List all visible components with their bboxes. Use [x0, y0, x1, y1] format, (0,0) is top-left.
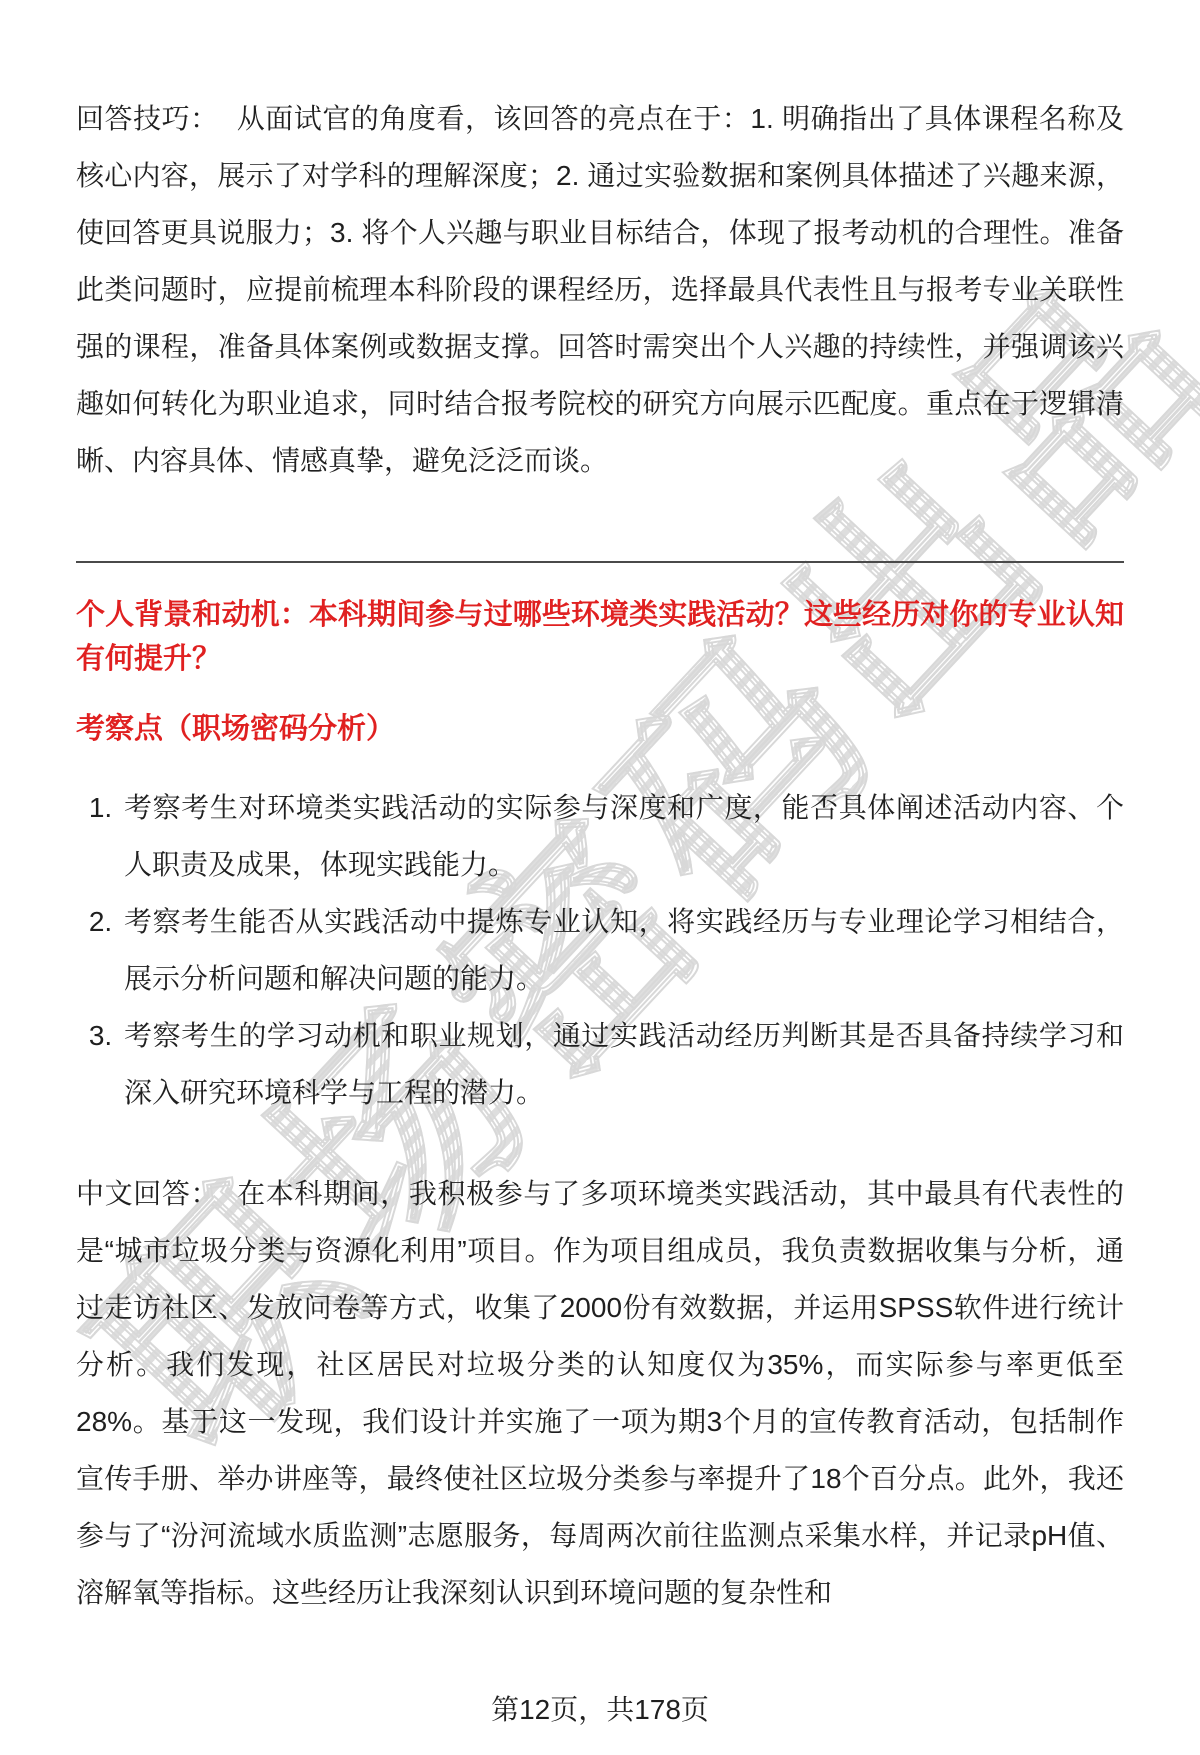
- exam-points-list: 考察考生对环境类实践活动的实际参与深度和广度，能否具体阐述活动内容、个人职责及成…: [76, 779, 1124, 1121]
- chinese-answer-paragraph: 中文回答：在本科期间，我积极参与了多项环境类实践活动，其中最具有代表性的是“城市…: [76, 1165, 1124, 1621]
- exam-points-heading: 考察点（职场密码分析）: [76, 709, 1124, 749]
- answer-tips-paragraph: 回答技巧：从面试官的角度看，该回答的亮点在于：1. 明确指出了具体课程名称及核心…: [76, 90, 1124, 489]
- chinese-answer-label: 中文回答：: [76, 1178, 219, 1209]
- answer-tips-label: 回答技巧：: [76, 103, 219, 134]
- question-heading: 个人背景和动机：本科期间参与过哪些环境类实践活动？这些经历对你的专业认知有何提升…: [76, 593, 1124, 681]
- page-content: 回答技巧：从面试官的角度看，该回答的亮点在于：1. 明确指出了具体课程名称及核心…: [0, 0, 1200, 1621]
- list-item: 考察考生对环境类实践活动的实际参与深度和广度，能否具体阐述活动内容、个人职责及成…: [120, 779, 1124, 893]
- section-divider: [76, 561, 1124, 563]
- page-number-footer: 第12页，共178页: [0, 1688, 1200, 1728]
- list-item: 考察考生的学习动机和职业规划，通过实践活动经历判断其是否具备持续学习和深入研究环…: [120, 1007, 1124, 1121]
- exam-point-3-text: 考察考生的学习动机和职业规划，通过实践活动经历判断其是否具备持续学习和深入研究环…: [124, 1020, 1124, 1108]
- exam-point-2-text: 考察考生能否从实践活动中提炼专业认知，将实践经历与专业理论学习相结合，展示分析问…: [124, 906, 1124, 994]
- list-item: 考察考生能否从实践活动中提炼专业认知，将实践经历与专业理论学习相结合，展示分析问…: [120, 893, 1124, 1007]
- document-page: 职场密码出品 回答技巧：从面试官的角度看，该回答的亮点在于：1. 明确指出了具体…: [0, 0, 1200, 1755]
- chinese-answer-text: 在本科期间，我积极参与了多项环境类实践活动，其中最具有代表性的是“城市垃圾分类与…: [76, 1178, 1124, 1608]
- answer-tips-text: 从面试官的角度看，该回答的亮点在于：1. 明确指出了具体课程名称及核心内容，展示…: [76, 103, 1124, 476]
- exam-point-1-text: 考察考生对环境类实践活动的实际参与深度和广度，能否具体阐述活动内容、个人职责及成…: [124, 792, 1124, 880]
